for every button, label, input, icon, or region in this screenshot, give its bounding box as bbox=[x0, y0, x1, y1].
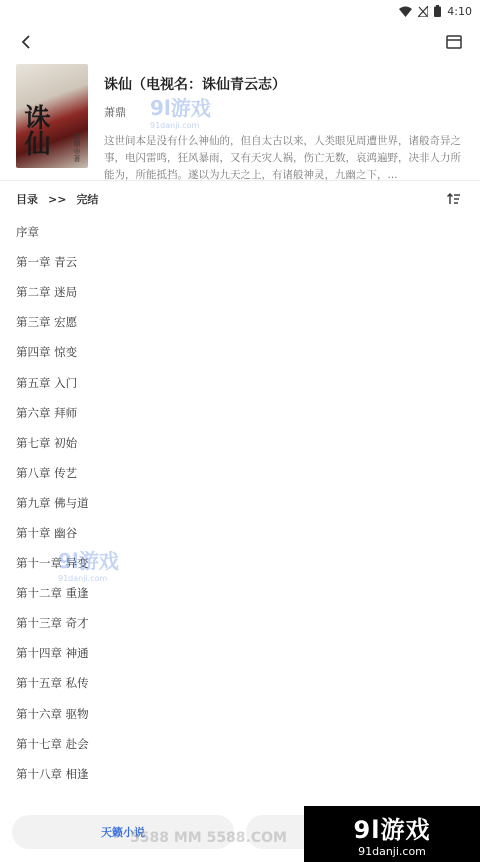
book-title: 诛仙（电视名：诛仙青云志） bbox=[104, 74, 464, 94]
window-icon bbox=[446, 35, 462, 49]
chapter-item[interactable]: 第十四章 神通 bbox=[16, 638, 480, 668]
source-button[interactable]: 天籁小说 bbox=[12, 815, 234, 849]
book-info: 诛仙 萧鼎◎著 诛仙（电视名：诛仙青云志） 萧鼎 这世间本是没有什么神仙的，但自… bbox=[0, 62, 480, 170]
chapter-item[interactable]: 第八章 传艺 bbox=[16, 458, 480, 488]
chapter-item[interactable]: 第三章 宏愿 bbox=[16, 307, 480, 337]
chapter-item[interactable]: 第二章 迷局 bbox=[16, 277, 480, 307]
site-logo-overlay: 9l游戏 91danji.com bbox=[304, 806, 480, 862]
chapter-item[interactable]: 第四章 惊变 bbox=[16, 337, 480, 367]
toc-separator: >> bbox=[48, 193, 66, 206]
chapter-item[interactable]: 第十三章 奇才 bbox=[16, 608, 480, 638]
chapter-list: 序章 第一章 青云 第二章 迷局 第三章 宏愿 第四章 惊变 第五章 入门 第六… bbox=[0, 217, 480, 789]
sort-icon bbox=[447, 193, 461, 205]
top-bar bbox=[0, 22, 480, 62]
chapter-item[interactable]: 第十一章 异变 bbox=[16, 548, 480, 578]
chapter-item[interactable]: 第十章 幽谷 bbox=[16, 518, 480, 548]
chapter-item[interactable]: 第七章 初始 bbox=[16, 428, 480, 458]
logo-sub: 91danji.com bbox=[358, 845, 426, 858]
wifi-icon bbox=[399, 6, 412, 17]
chapter-item[interactable]: 第十七章 赴会 bbox=[16, 729, 480, 759]
sort-button[interactable] bbox=[444, 189, 464, 209]
book-cover[interactable]: 诛仙 萧鼎◎著 bbox=[16, 64, 88, 168]
book-info-text: 诛仙（电视名：诛仙青云志） 萧鼎 这世间本是没有什么神仙的，但自太古以来，人类眼… bbox=[88, 64, 464, 170]
toc-header: 目录 >> 完结 bbox=[0, 181, 480, 217]
cover-title: 诛仙 bbox=[22, 104, 48, 156]
battery-icon bbox=[434, 5, 441, 17]
toc-status: 完结 bbox=[76, 191, 98, 207]
back-button[interactable] bbox=[14, 30, 38, 54]
chapter-item[interactable]: 序章 bbox=[16, 217, 480, 247]
toc-breadcrumb: 目录 >> 完结 bbox=[16, 191, 98, 207]
status-time: 4:10 bbox=[447, 5, 472, 18]
no-signal-icon bbox=[418, 6, 428, 17]
chapter-item[interactable]: 第五章 入门 bbox=[16, 367, 480, 397]
window-button[interactable] bbox=[442, 30, 466, 54]
book-author[interactable]: 萧鼎 bbox=[104, 104, 464, 120]
toc-label: 目录 bbox=[16, 191, 38, 207]
chapter-item[interactable]: 第十二章 重逢 bbox=[16, 578, 480, 608]
chapter-item[interactable]: 第九章 佛与道 bbox=[16, 488, 480, 518]
status-bar: 4:10 bbox=[0, 0, 480, 22]
chevron-left-icon bbox=[20, 34, 32, 50]
logo-main: 9l游戏 bbox=[354, 810, 431, 845]
chapter-item[interactable]: 第一章 青云 bbox=[16, 247, 480, 277]
book-description[interactable]: 这世间本是没有什么神仙的，但自太古以来，人类眼见周遭世界，诸般奇异之事，电闪雷鸣… bbox=[104, 133, 464, 185]
cover-author: 萧鼎◎著 bbox=[72, 133, 82, 162]
chapter-item[interactable]: 第十八章 相逢 bbox=[16, 759, 480, 789]
chapter-item[interactable]: 第十六章 驱物 bbox=[16, 699, 480, 729]
chapter-item[interactable]: 第六章 拜师 bbox=[16, 398, 480, 428]
chapter-item[interactable]: 第十五章 私传 bbox=[16, 668, 480, 698]
